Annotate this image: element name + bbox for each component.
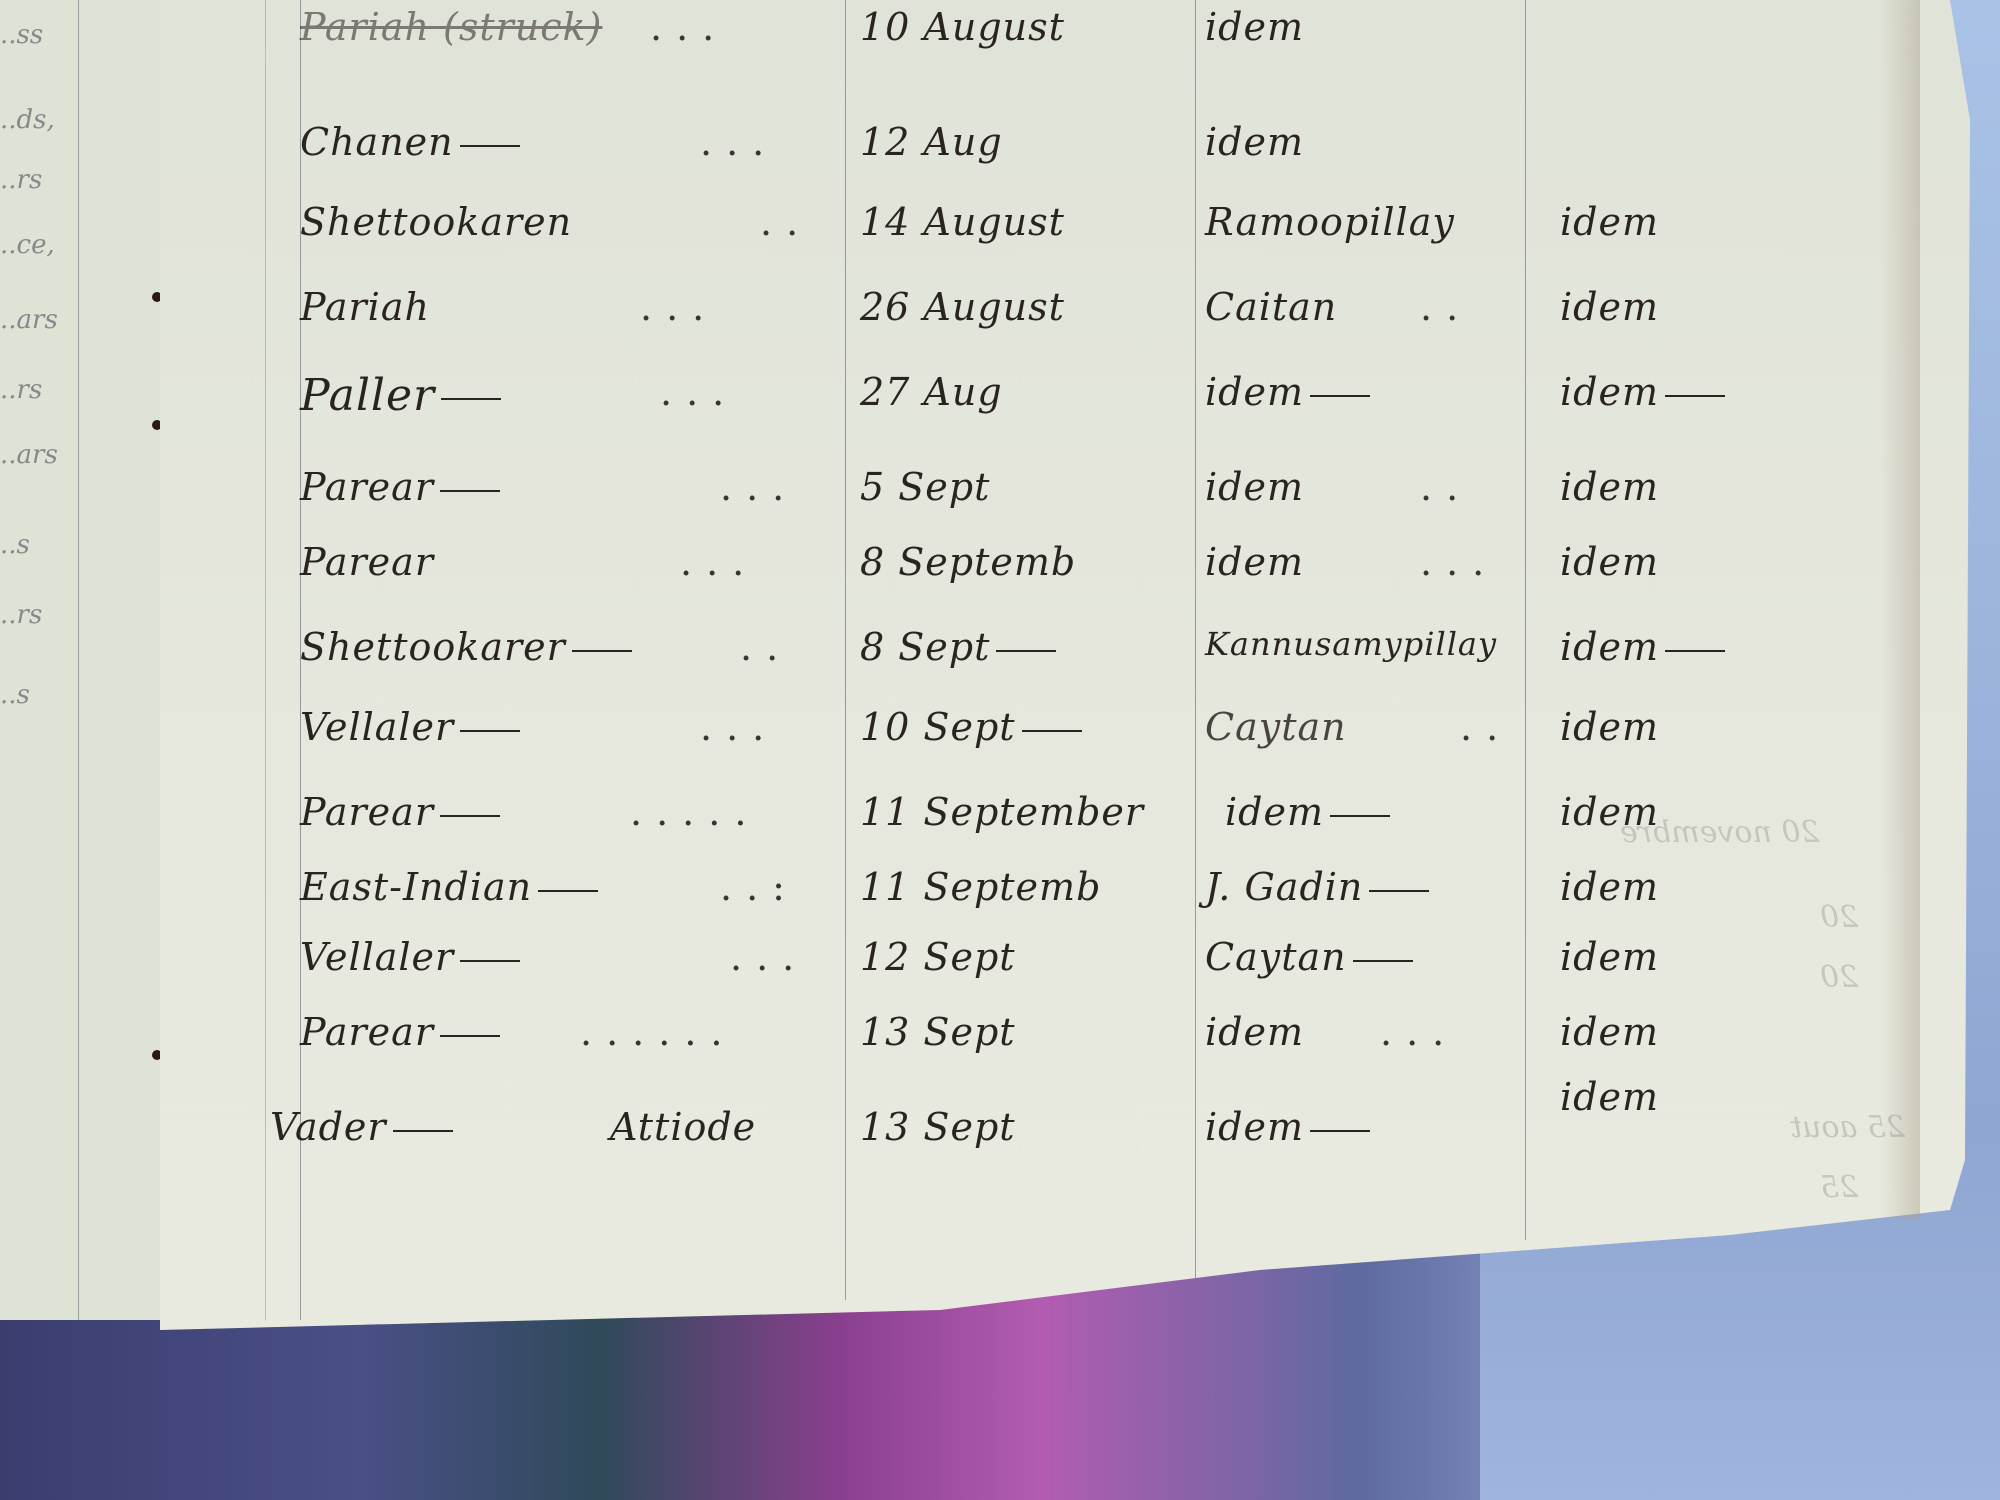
caste-cell: Chanen (300, 120, 520, 164)
remark-cell: idem (1560, 465, 1659, 509)
caste-cell: Parear (300, 1010, 500, 1054)
leader-dots: ..: (720, 865, 799, 909)
name-cell: Caitan (1205, 285, 1337, 329)
ledger-row: Parear ...... 13 Sept idem ... idem (0, 1010, 2000, 1080)
remark-cell: idem (1560, 1010, 1659, 1054)
caste-cell: Paller (300, 370, 501, 421)
caste-cell: Parear (300, 540, 434, 584)
date-cell: 11 Septemb (860, 865, 1101, 909)
date-cell: 8 Septemb (860, 540, 1076, 584)
ledger-row: Paller ... 27 Aug idem idem (0, 370, 2000, 440)
ledger-row: East-Indian ..: 11 Septemb J. Gadin idem (0, 865, 2000, 935)
name-cell: idem (1205, 465, 1304, 509)
name-cell: Kannusamypillay (1205, 625, 1497, 663)
name-cell: idem (1205, 540, 1304, 584)
leader-dots: .. (740, 625, 792, 669)
caste-cell: Parear (300, 790, 500, 834)
leader-dots: .. (1460, 705, 1512, 749)
date-cell: 14 August (860, 200, 1065, 244)
ledger-row: Shettookaren .. 14 August Ramoopillay id… (0, 200, 2000, 270)
date-cell: 11 September (860, 790, 1144, 834)
remark-cell: idem (1560, 790, 1659, 834)
date-cell: 26 August (860, 285, 1065, 329)
remark-cell: idem (1560, 625, 1725, 669)
remark-cell: idem (1560, 540, 1659, 584)
ledger-row: Parear ... 5 Sept idem .. idem (0, 465, 2000, 535)
remark-cell: idem (1560, 935, 1659, 979)
caste-cell: Vader (270, 1105, 453, 1149)
caste-cell: Shettookaren (300, 200, 572, 244)
name-cell: J. Gadin (1205, 865, 1429, 909)
leader-dots: ... (640, 285, 718, 329)
name-cell: idem (1205, 5, 1304, 49)
name-cell: idem (1205, 1105, 1370, 1149)
name-cell: idem (1205, 370, 1370, 414)
leader-dots: ...... (580, 1010, 736, 1054)
date-cell: 27 Aug (860, 370, 1003, 414)
caste-cell: East-Indian (300, 865, 598, 909)
remark-cell: idem (1560, 1075, 1659, 1119)
name-cell: Caytan (1205, 705, 1347, 749)
name-cell: idem (1205, 1010, 1304, 1054)
leader-dots: .. (1420, 465, 1472, 509)
date-cell: 13 Sept (860, 1105, 1016, 1149)
leader-dots: ... (680, 540, 758, 584)
leader-dots: ... (650, 5, 728, 49)
caste-cell: Vellaler (300, 705, 520, 749)
name-cell: idem (1205, 120, 1304, 164)
leader-dots: ... (700, 705, 778, 749)
name-cell: Ramoopillay (1205, 200, 1455, 244)
leader-dots: ... (1380, 1010, 1458, 1054)
remark-cell: idem (1560, 200, 1659, 244)
remark-cell: idem (1560, 865, 1659, 909)
ledger-row: Vellaler ... 12 Sept Caytan idem (0, 935, 2000, 1005)
ledger-row: Parear ... 8 Septemb idem ... idem (0, 540, 2000, 610)
leader-dots: .. (1420, 285, 1472, 329)
ledger-row: Vader Attiode 13 Sept idem idem (0, 1105, 2000, 1175)
caste-cell: Parear (300, 465, 500, 509)
leader-dots: ..... (630, 790, 760, 834)
date-cell: 10 August (860, 5, 1065, 49)
date-cell: 12 Sept (860, 935, 1016, 979)
date-cell: 10 Sept (860, 705, 1082, 749)
caste-cell: Pariah (struck) (300, 5, 602, 49)
leader-dots: ... (1420, 540, 1498, 584)
date-cell: 13 Sept (860, 1010, 1016, 1054)
ledger-row: Vellaler ... 10 Sept Caytan .. idem (0, 705, 2000, 775)
ledger-row: Chanen ... 12 Aug idem (0, 120, 2000, 190)
caste-cell: Pariah (300, 285, 430, 329)
bleed-through-text: 25 (1820, 1170, 1858, 1205)
remark-cell: idem (1560, 370, 1725, 414)
ledger-row: Pariah (struck) ... 10 August idem (0, 5, 2000, 75)
caste-cell: Vellaler (300, 935, 520, 979)
name-cell: Caytan (1205, 935, 1413, 979)
leader-dots: ... (730, 935, 808, 979)
caste-cell: Shettookarer (300, 625, 632, 669)
ledger-row: Parear ..... 11 September idem idem (0, 790, 2000, 860)
leader-dots: ... (700, 120, 778, 164)
date-cell: 12 Aug (860, 120, 1003, 164)
leader-dots: ... (660, 370, 738, 414)
remark-cell: idem (1560, 285, 1659, 329)
date-cell: 8 Sept (860, 625, 1056, 669)
leader-dots: ... (720, 465, 798, 509)
remark-cell: idem (1560, 705, 1659, 749)
leader-dots: .. (760, 200, 812, 244)
date-cell: 5 Sept (860, 465, 990, 509)
name-cell: idem (1225, 790, 1390, 834)
ledger-row: Shettookarer .. 8 Sept Kannusamypillay i… (0, 625, 2000, 695)
ledger-row: Pariah ... 26 August Caitan .. idem (0, 285, 2000, 355)
place-cell: Attiode (610, 1105, 756, 1149)
